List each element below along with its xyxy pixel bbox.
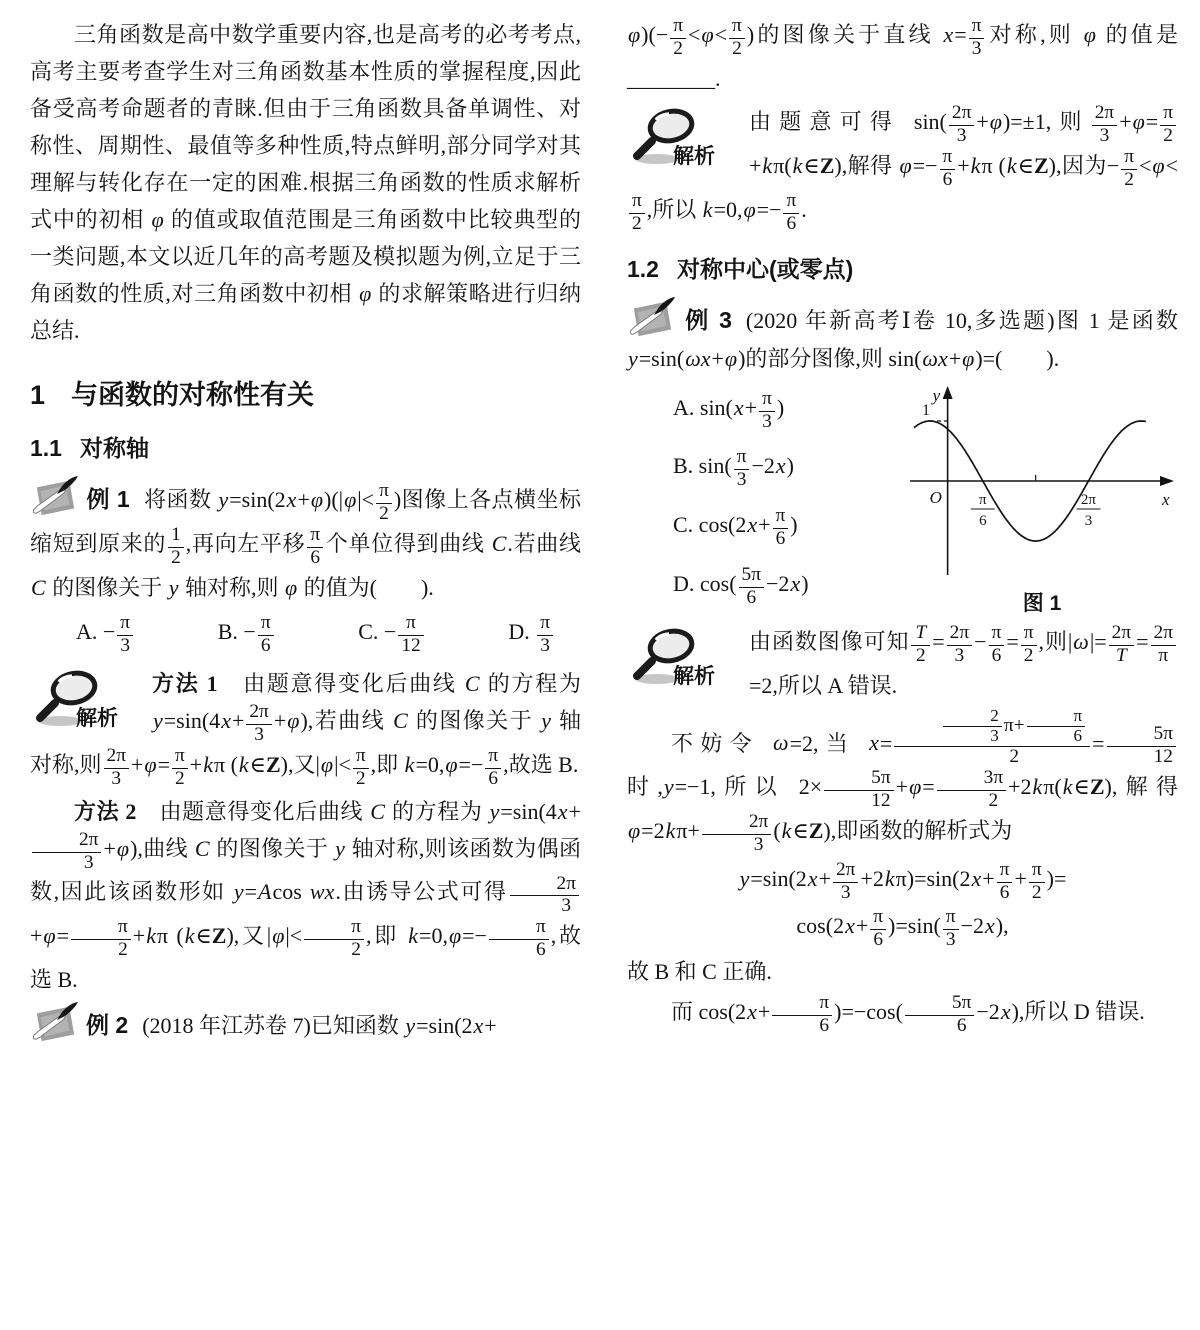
fraction: π2: [71, 917, 131, 961]
pen-writing-icon: [30, 475, 80, 519]
fraction: π6: [997, 860, 1013, 904]
example-2-continued: φ)(−π2<φ<π2)的图像关于直线 x=π3对称,则 φ 的值是______…: [627, 16, 1178, 97]
fraction: 2π3: [949, 103, 974, 147]
options-with-figure: A. sin(x+π3)B. sin(π3−2x)C. cos(2x+π6)D.…: [627, 381, 1178, 617]
option-item: B. −π6: [218, 613, 276, 657]
fraction: π3: [969, 16, 985, 60]
fraction: π3: [537, 613, 553, 657]
analysis-marker: 解析: [627, 627, 745, 689]
subsection-title: 对称轴: [80, 435, 149, 461]
fraction: π3: [734, 447, 750, 491]
svg-text:3: 3: [1085, 513, 1093, 529]
conclusion-bc: 故 B 和 C 正确.: [627, 953, 1178, 990]
figure-1-graph: 1yxOπ62π3: [906, 385, 1178, 581]
equation-line: cos(2x+π6)=sin(π3−2x),: [627, 906, 1178, 951]
options-list: A. sin(x+π3)B. sin(π3−2x)C. cos(2x+π6)D.…: [627, 381, 906, 617]
fraction: π2: [670, 16, 686, 60]
figure-1: 1yxOπ62π3图 1: [906, 381, 1178, 617]
fraction: 23: [943, 707, 1002, 746]
conclusion-d: 而 cos(2x+π6)=−cos(5π6−2x),所以 D 错误.: [627, 993, 1178, 1037]
fraction: 2π3: [510, 874, 579, 918]
option-item: D. cos(5π6−2x): [673, 565, 906, 609]
option-item: A. sin(x+π3): [673, 389, 906, 433]
omega-case-paragraph: 不妨令 ω=2,当 x=23π+π62=5π12时,y=−1,所以 2×5π12…: [627, 707, 1178, 857]
fraction: π6: [485, 746, 501, 790]
svg-text:6: 6: [979, 513, 987, 529]
example-block: 例 3(2020 年新高考Ⅰ卷 10,多选题)图 1 是函数 y=sin(ωx+…: [627, 296, 1178, 377]
analysis-label: 解析: [673, 658, 715, 695]
fraction: 2π3: [702, 812, 771, 856]
fraction: π2: [1029, 860, 1045, 904]
fraction: π12: [398, 613, 423, 657]
option-item: C. cos(2x+π6): [673, 506, 906, 550]
analysis-label: 解析: [673, 138, 715, 175]
equation-line: y=sin(2x+2π3+2kπ)=sin(2x+π6+π2)=: [627, 859, 1178, 904]
section-title: 与函数的对称性有关: [71, 380, 314, 410]
svg-text:π: π: [979, 492, 987, 508]
pen-writing-icon: [627, 296, 677, 340]
fraction: π6: [258, 613, 274, 657]
article-page: 三角函数是高中数学重要内容,也是高考的必考考点,高考主要考查学生对三角函数基本性…: [0, 0, 1200, 1330]
right-column: φ)(−π2<φ<π2)的图像关于直线 x=π3对称,则 φ 的值是______…: [627, 16, 1178, 1322]
fraction: π6: [307, 525, 323, 569]
subsection-heading: 1.1对称轴: [30, 430, 581, 463]
fraction: π2: [1121, 147, 1137, 191]
example-block: 例 1将函数 y=sin(2x+φ)(|φ|<π2)图像上各点横坐标缩短到原来的…: [30, 475, 581, 606]
analysis-marker: 解析: [30, 669, 148, 731]
fraction: π2: [353, 746, 369, 790]
example-label: 例 2: [86, 1012, 128, 1038]
subsection-heading: 1.2对称中心(或零点): [627, 251, 1178, 284]
fraction: π2: [1021, 623, 1037, 667]
fraction: 5π6: [739, 565, 764, 609]
analysis-block: 解析由函数图像可知T2=2π3−π6=π2,则|ω|=2πT=2ππ=2,所以 …: [627, 623, 1178, 704]
option-item: A. −π3: [76, 613, 135, 657]
example-label: 例 3: [683, 307, 732, 333]
fraction: 2π3: [32, 830, 101, 874]
fraction: π3: [759, 389, 775, 433]
svg-text:O: O: [930, 488, 942, 507]
fraction: 2πT: [1109, 623, 1134, 667]
fraction: 2π3: [104, 746, 129, 790]
left-column: 三角函数是高中数学重要内容,也是高考的必考考点,高考主要考查学生对三角函数基本性…: [30, 16, 581, 1322]
fraction: π6: [940, 147, 956, 191]
fraction: π3: [943, 907, 959, 951]
fraction: 5π12: [1107, 724, 1176, 768]
subsection-number: 1.2: [627, 256, 659, 282]
fraction: π6: [989, 623, 1005, 667]
fraction: 12: [168, 525, 184, 569]
fraction: T2: [911, 623, 930, 667]
fraction: π6: [1027, 707, 1086, 746]
fraction: π6: [783, 191, 799, 235]
fraction: π6: [870, 907, 886, 951]
section-number: 1: [30, 380, 45, 410]
subsection-title: 对称中心(或零点): [677, 256, 853, 282]
subsection-number: 1.1: [30, 435, 62, 461]
fraction: 3π2: [937, 768, 1006, 812]
fraction: π2: [1160, 103, 1176, 147]
option-item: D. π3: [508, 613, 555, 657]
fraction: 2π3: [947, 623, 972, 667]
fraction: 2π3: [1092, 103, 1117, 147]
svg-text:1: 1: [922, 402, 930, 419]
analysis-block: 解析由题意可得 sin(2π3+φ)=±1,则2π3+φ=π2+kπ(k∈Z),…: [627, 103, 1178, 235]
option-item: C. −π12: [358, 613, 425, 657]
options-row: A. −π3B. −π6C. −π12D. π3: [30, 609, 581, 659]
method-2-paragraph: 方法 2 由题意得变化后曲线 C 的方程为 y=sin(4x+2π3+φ),曲线…: [30, 793, 581, 999]
svg-text:2π: 2π: [1081, 492, 1097, 508]
fraction: π2: [729, 16, 745, 60]
fraction: π2: [629, 191, 645, 235]
analysis-marker: 解析: [627, 107, 745, 169]
fraction: 5π12: [824, 768, 893, 812]
example-block: 例 2(2018 年江苏卷 7)已知函数 y=sin(2x+: [30, 1001, 581, 1045]
fraction: π6: [773, 506, 789, 550]
fraction: 2π3: [246, 702, 271, 746]
fraction: π6: [772, 993, 832, 1037]
fraction: π3: [117, 613, 133, 657]
analysis-block: 解析方法 1 由题意得变化后曲线 C 的方程为 y=sin(4x+2π3+φ),…: [30, 665, 581, 790]
fraction: 2ππ: [1151, 623, 1176, 667]
section-heading: 1与函数的对称性有关: [30, 373, 581, 412]
fraction: π2: [172, 746, 188, 790]
fraction: 23π+π62: [894, 707, 1090, 769]
figure-1-caption: 图 1: [906, 587, 1178, 617]
intro-paragraph: 三角函数是高中数学重要内容,也是高考的必考考点,高考主要考查学生对三角函数基本性…: [30, 16, 581, 349]
option-item: B. sin(π3−2x): [673, 447, 906, 491]
pen-writing-icon: [30, 1001, 80, 1045]
svg-text:x: x: [1161, 490, 1170, 509]
analysis-label: 解析: [76, 700, 118, 737]
fraction: 5π6: [905, 993, 974, 1037]
fraction: π2: [376, 481, 392, 525]
fraction: 2π3: [833, 860, 858, 904]
fraction: π6: [489, 917, 549, 961]
fraction: π2: [304, 917, 364, 961]
equation-group: y=sin(2x+2π3+2kπ)=sin(2x+π6+π2)=cos(2x+π…: [627, 859, 1178, 951]
svg-text:y: y: [931, 386, 941, 405]
example-label: 例 1: [86, 486, 130, 512]
